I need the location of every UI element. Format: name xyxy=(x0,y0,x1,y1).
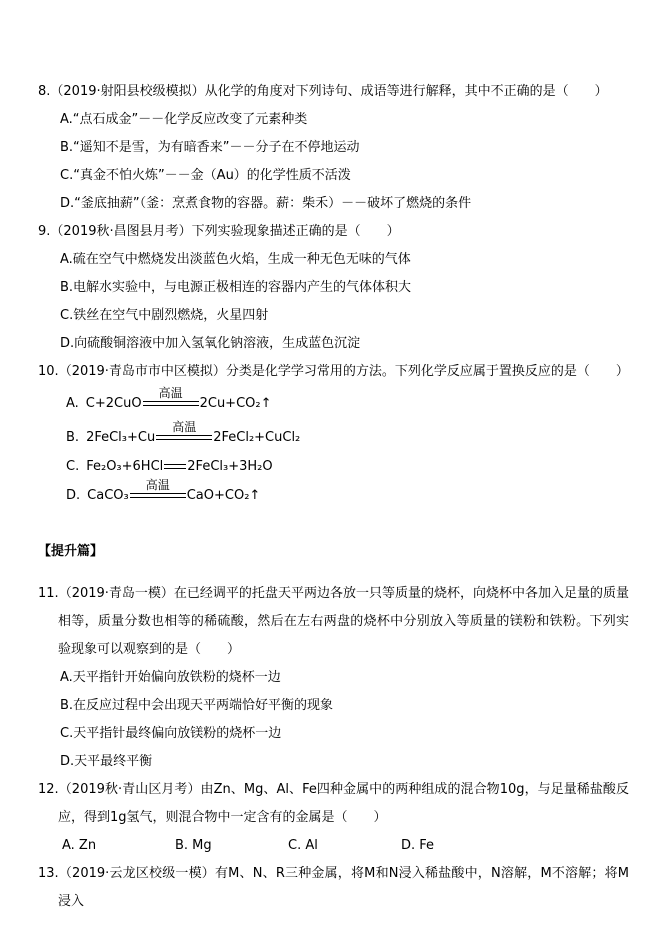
question-number: 11. xyxy=(38,586,59,601)
question-text: （2019·云龙区校级一模）有M、N、R三种金属，将M和N浸入稀盐酸中，N溶解，… xyxy=(58,866,629,909)
option-label: D. xyxy=(66,488,80,503)
equation-option-d: D. CaCO₃高温CaO+CO₂↑ xyxy=(66,478,629,512)
question-text: （2019·射阳县校级模拟）从化学的角度对下列诗句、成语等进行解释，其中不正确的… xyxy=(50,84,607,99)
equation-left: C+2CuO xyxy=(86,396,142,411)
option-d: D.天平最终平衡 xyxy=(60,748,629,776)
option-c: C.铁丝在空气中剧烈燃烧，火星四射 xyxy=(60,302,629,330)
question-number: 13. xyxy=(38,866,59,881)
reaction-condition: 高温 xyxy=(159,387,183,400)
question-12: 12.（2019秋·青山区月考）由Zn、Mg、Al、Fe四种金属中的两种组成的混… xyxy=(38,776,629,860)
equation-left: Fe₂O₃+6HCl xyxy=(86,459,163,474)
question-text: （2019秋·青山区月考）由Zn、Mg、Al、Fe四种金属中的两种组成的混合物1… xyxy=(58,782,629,825)
question-number: 12. xyxy=(38,782,59,797)
double-line-equals xyxy=(164,464,186,469)
option-b: B.“遥知不是雪，为有暗香来”－－分子在不停地运动 xyxy=(60,134,629,162)
option-b: B. Mg xyxy=(175,832,288,860)
question-text: （2019秋·昌图县月考）下列实验现象描述正确的是（ ） xyxy=(50,224,399,239)
question-text: （2019·青岛一模）在已经调平的托盘天平两边各放一只等质量的烧杯，向烧杯中各加… xyxy=(58,586,629,657)
option-c: C.“真金不怕火炼”－－金（Au）的化学性质不活泼 xyxy=(60,162,629,190)
equation-option-a: A. C+2CuO高温2Cu+CO₂↑ xyxy=(66,386,629,420)
question-stem: 9.（2019秋·昌图县月考）下列实验现象描述正确的是（ ） xyxy=(38,218,629,246)
option-b: B.电解水实验中，与电源正极相连的容器内产生的气体体积大 xyxy=(60,274,629,302)
double-line-equals: 高温 xyxy=(156,435,212,440)
question-10: 10.（2019·青岛市市中区模拟）分类是化学学习常用的方法。下列化学反应属于置… xyxy=(38,358,629,512)
double-line-equals: 高温 xyxy=(130,493,186,498)
question-number: 9. xyxy=(38,224,50,239)
equation-option-c: C. Fe₂O₃+6HCl2FeCl₃+3H₂O xyxy=(66,454,629,478)
equation-option-b: B. 2FeCl₃+Cu高温2FeCl₂+CuCl₂ xyxy=(66,420,629,454)
option-label: B. xyxy=(66,430,79,445)
inline-options-row: A. Zn B. Mg C. Al D. Fe xyxy=(62,832,629,860)
option-a: A.天平指针开始偏向放铁粉的烧杯一边 xyxy=(60,664,629,692)
chemical-equation: CaCO₃高温CaO+CO₂↑ xyxy=(87,488,260,503)
option-a: A. Zn xyxy=(62,832,175,860)
reaction-condition: 高温 xyxy=(172,421,196,434)
question-number: 8. xyxy=(38,84,50,99)
chemical-equation: Fe₂O₃+6HCl2FeCl₃+3H₂O xyxy=(86,459,272,474)
option-a: A.硫在空气中燃烧发出淡蓝色火焰，生成一种无色无味的气体 xyxy=(60,246,629,274)
option-c: C.天平指针最终偏向放镁粉的烧杯一边 xyxy=(60,720,629,748)
option-d: D.“釜底抽薪”（釜：烹煮食物的容器。薪：柴禾）－－破坏了燃烧的条件 xyxy=(60,190,629,218)
equation-right: 2FeCl₂+CuCl₂ xyxy=(213,430,300,445)
option-d: D.向硫酸铜溶液中加入氢氧化钠溶液，生成蓝色沉淀 xyxy=(60,330,629,358)
equation-right: CaO+CO₂↑ xyxy=(187,488,261,503)
question-stem: 12.（2019秋·青山区月考）由Zn、Mg、Al、Fe四种金属中的两种组成的混… xyxy=(38,776,629,832)
question-9: 9.（2019秋·昌图县月考）下列实验现象描述正确的是（ ） A.硫在空气中燃烧… xyxy=(38,218,629,358)
question-11: 11.（2019·青岛一模）在已经调平的托盘天平两边各放一只等质量的烧杯，向烧杯… xyxy=(38,580,629,776)
question-stem: 11.（2019·青岛一模）在已经调平的托盘天平两边各放一只等质量的烧杯，向烧杯… xyxy=(38,580,629,664)
section-heading: 【提升篇】 xyxy=(38,538,629,566)
option-a: A.“点石成金”－－化学反应改变了元素种类 xyxy=(60,106,629,134)
equation-right: 2FeCl₃+3H₂O xyxy=(187,459,272,474)
double-line-equals: 高温 xyxy=(143,401,199,406)
equation-right: 2Cu+CO₂↑ xyxy=(200,396,272,411)
question-stem: 8.（2019·射阳县校级模拟）从化学的角度对下列诗句、成语等进行解释，其中不正… xyxy=(38,78,629,106)
chemical-equation: 2FeCl₃+Cu高温2FeCl₂+CuCl₂ xyxy=(86,430,300,445)
question-stem: 10.（2019·青岛市市中区模拟）分类是化学学习常用的方法。下列化学反应属于置… xyxy=(38,358,629,386)
option-label: A. xyxy=(66,396,79,411)
question-stem: 13.（2019·云龙区校级一模）有M、N、R三种金属，将M和N浸入稀盐酸中，N… xyxy=(38,860,629,916)
option-d: D. Fe xyxy=(401,832,514,860)
document-page: 8.（2019·射阳县校级模拟）从化学的角度对下列诗句、成语等进行解释，其中不正… xyxy=(0,0,661,916)
question-text: （2019·青岛市市中区模拟）分类是化学学习常用的方法。下列化学反应属于置换反应… xyxy=(59,364,629,379)
option-b: B.在反应过程中会出现天平两端恰好平衡的现象 xyxy=(60,692,629,720)
chemical-equation: C+2CuO高温2Cu+CO₂↑ xyxy=(86,396,272,411)
question-13: 13.（2019·云龙区校级一模）有M、N、R三种金属，将M和N浸入稀盐酸中，N… xyxy=(38,860,629,916)
option-c: C. Al xyxy=(288,832,401,860)
question-number: 10. xyxy=(38,364,59,379)
reaction-condition: 高温 xyxy=(146,479,170,492)
equation-left: 2FeCl₃+Cu xyxy=(86,430,155,445)
equation-left: CaCO₃ xyxy=(87,488,129,503)
option-label: C. xyxy=(66,459,79,474)
question-8: 8.（2019·射阳县校级模拟）从化学的角度对下列诗句、成语等进行解释，其中不正… xyxy=(38,78,629,218)
